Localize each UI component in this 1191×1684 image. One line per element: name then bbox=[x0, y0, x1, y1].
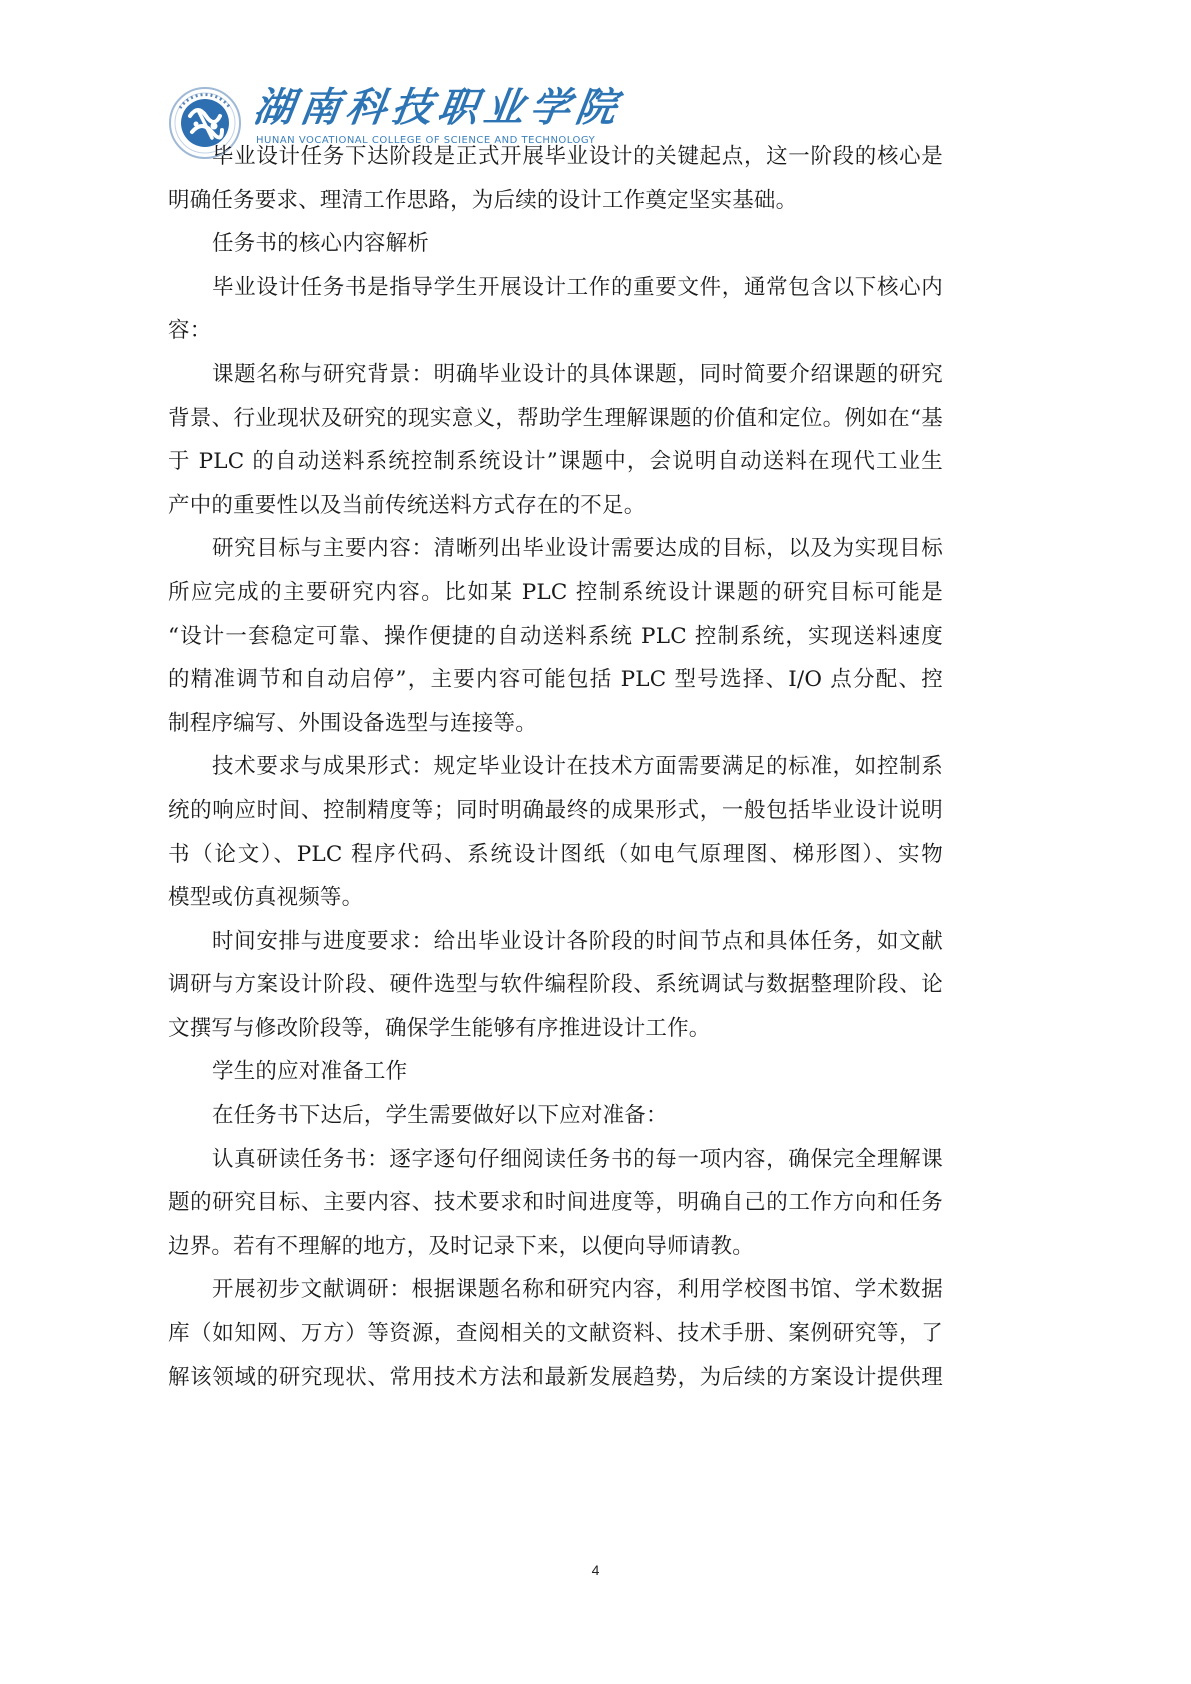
paragraph-first-line: 学生的应对准备工作 bbox=[168, 1050, 943, 1094]
paragraph-first-line: 毕业设计任务书是指导学生开展设计工作的重要文件，通常包含以下核心内 bbox=[168, 266, 943, 310]
college-name-cn: 湖南科技职业学院 bbox=[251, 84, 626, 132]
paragraph-line: 产中的重要性以及当前传统送料方式存在的不足。 bbox=[168, 484, 943, 528]
paragraph-first-line: 课题名称与研究背景：明确毕业设计的具体课题，同时简要介绍课题的研究 bbox=[168, 353, 943, 397]
paragraph-first-line: 时间安排与进度要求：给出毕业设计各阶段的时间节点和具体任务，如文献 bbox=[168, 920, 943, 964]
paragraph-line: 制程序编写、外围设备选型与连接等。 bbox=[168, 702, 943, 746]
paragraph-first-line: 毕业设计任务下达阶段是正式开展毕业设计的关键起点，这一阶段的核心是 bbox=[168, 135, 943, 179]
paragraph-line: 背景、行业现状及研究的现实意义，帮助学生理解课题的价值和定位。例如在“基 bbox=[168, 397, 943, 441]
paragraph-line: “设计一套稳定可靠、操作便捷的自动送料系统 PLC 控制系统，实现送料速度 bbox=[168, 615, 943, 659]
paragraph-line: 文撰写与修改阶段等，确保学生能够有序推进设计工作。 bbox=[168, 1007, 943, 1051]
paragraph-line: 库（如知网、万方）等资源，查阅相关的文献资料、技术手册、案例研究等，了 bbox=[168, 1312, 943, 1356]
paragraph-line: 调研与方案设计阶段、硬件选型与软件编程阶段、系统调试与数据整理阶段、论 bbox=[168, 963, 943, 1007]
paragraph-first-line: 任务书的核心内容解析 bbox=[168, 222, 943, 266]
paragraph-first-line: 认真研读任务书：逐字逐句仔细阅读任务书的每一项内容，确保完全理解课 bbox=[168, 1138, 943, 1182]
paragraph-line: 统的响应时间、控制精度等；同时明确最终的成果形式，一般包括毕业设计说明 bbox=[168, 789, 943, 833]
document-body: 毕业设计任务下达阶段是正式开展毕业设计的关键起点，这一阶段的核心是明确任务要求、… bbox=[168, 135, 943, 1399]
paragraph-line: 于 PLC 的自动送料系统控制系统设计”课题中，会说明自动送料在现代工业生 bbox=[168, 440, 943, 484]
paragraph-line: 所应完成的主要研究内容。比如某 PLC 控制系统设计课题的研究目标可能是 bbox=[168, 571, 943, 615]
paragraph-first-line: 研究目标与主要内容：清晰列出毕业设计需要达成的目标，以及为实现目标 bbox=[168, 527, 943, 571]
paragraph-line: 模型或仿真视频等。 bbox=[168, 876, 943, 920]
paragraph-first-line: 技术要求与成果形式：规定毕业设计在技术方面需要满足的标准，如控制系 bbox=[168, 745, 943, 789]
paragraph-line: 题的研究目标、主要内容、技术要求和时间进度等，明确自己的工作方向和任务 bbox=[168, 1181, 943, 1225]
paragraph-line: 边界。若有不理解的地方，及时记录下来，以便向导师请教。 bbox=[168, 1225, 943, 1269]
document-page: 湖南科技职业学院 HUNAN VOCATIONAL COLLEGE OF SCI… bbox=[0, 0, 1191, 1684]
paragraph-line: 解该领域的研究现状、常用技术方法和最新发展趋势，为后续的方案设计提供理 bbox=[168, 1356, 943, 1400]
paragraph-line: 明确任务要求、理清工作思路，为后续的设计工作奠定坚实基础。 bbox=[168, 179, 943, 223]
paragraph-line: 书（论文）、PLC 程序代码、系统设计图纸（如电气原理图、梯形图）、实物 bbox=[168, 833, 943, 877]
paragraph-first-line: 开展初步文献调研：根据课题名称和研究内容，利用学校图书馆、学术数据 bbox=[168, 1268, 943, 1312]
paragraph-first-line: 在任务书下达后，学生需要做好以下应对准备： bbox=[168, 1094, 943, 1138]
paragraph-line: 的精准调节和自动启停”，主要内容可能包括 PLC 型号选择、I/O 点分配、控 bbox=[168, 658, 943, 702]
paragraph-line: 容： bbox=[168, 309, 943, 353]
page-number: 4 bbox=[0, 1562, 1191, 1578]
